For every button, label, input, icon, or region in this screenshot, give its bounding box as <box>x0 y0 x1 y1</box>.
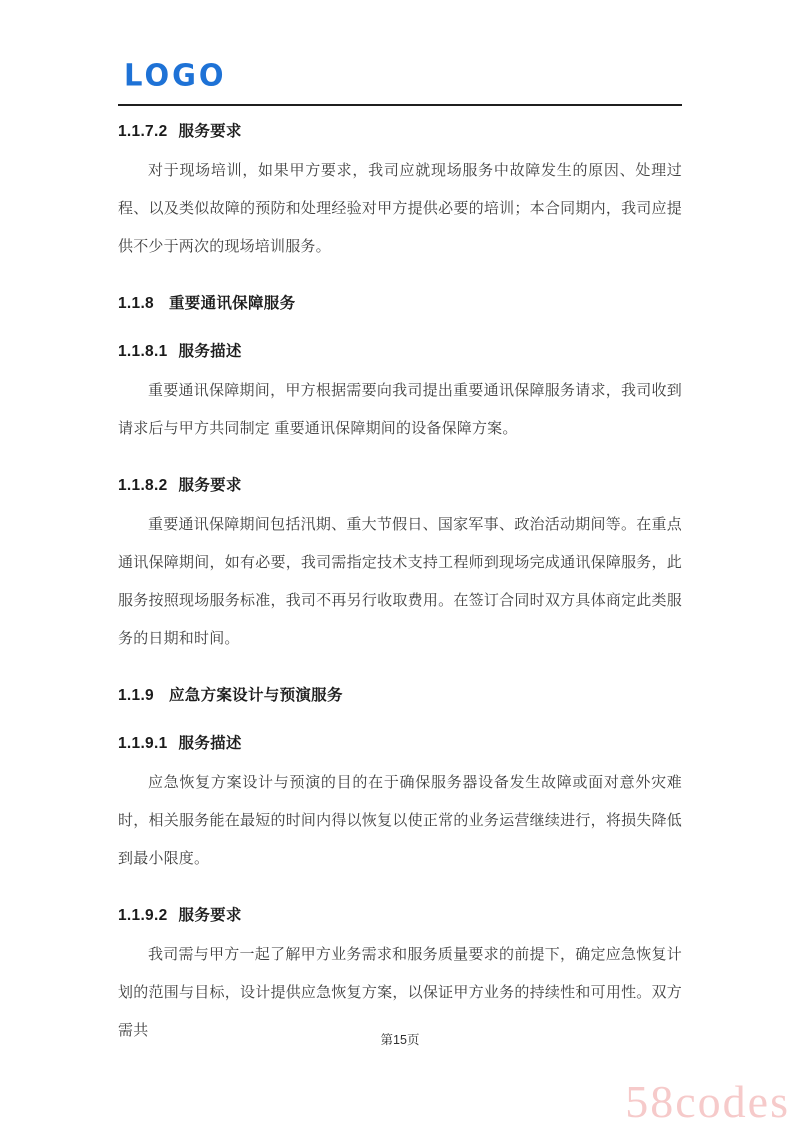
header-divider <box>118 104 682 106</box>
page-footer: 第15页 <box>0 1030 800 1048</box>
section-number: 1.1.9.1 <box>118 735 168 752</box>
watermark: 58codes <box>625 1075 790 1128</box>
document-page: LOGO 1.1.7.2服务要求 对于现场培训，如果甲方要求，我司应就现场服务中… <box>0 0 800 1132</box>
section-title: 服务描述 <box>179 343 242 360</box>
section-title: 服务描述 <box>179 735 242 752</box>
section-heading-1-1-9: 1.1.9应急方案设计与预演服务 <box>118 686 682 706</box>
page-header: LOGO <box>118 58 682 106</box>
section-number: 1.1.8 <box>118 295 154 312</box>
section-heading-1-1-7-2: 1.1.7.2服务要求 <box>118 122 682 142</box>
section-heading-1-1-8: 1.1.8重要通讯保障服务 <box>118 294 682 314</box>
company-logo: LOGO <box>124 57 227 93</box>
section-number: 1.1.8.2 <box>118 477 168 494</box>
section-heading-1-1-8-1: 1.1.8.1服务描述 <box>118 342 682 362</box>
section-number: 1.1.9 <box>118 687 154 704</box>
paragraph-emergency-desc: 应急恢复方案设计与预演的目的在于确保服务器设备发生故障或面对意外灾难时，相关服务… <box>118 764 682 878</box>
content-frame: LOGO 1.1.7.2服务要求 对于现场培训，如果甲方要求，我司应就现场服务中… <box>118 58 682 1050</box>
section-title: 服务要求 <box>179 477 242 494</box>
paragraph-comm-guarantee-desc: 重要通讯保障期间，甲方根据需要向我司提出重要通讯保障服务请求，我司收到请求后与甲… <box>118 372 682 448</box>
section-number: 1.1.9.2 <box>118 907 168 924</box>
document-body: 1.1.7.2服务要求 对于现场培训，如果甲方要求，我司应就现场服务中故障发生的… <box>118 122 682 1050</box>
section-title: 应急方案设计与预演服务 <box>169 687 343 704</box>
page-number: 第15页 <box>381 1033 420 1047</box>
section-heading-1-1-8-2: 1.1.8.2服务要求 <box>118 476 682 496</box>
section-heading-1-1-9-2: 1.1.9.2服务要求 <box>118 906 682 926</box>
section-number: 1.1.7.2 <box>118 123 168 140</box>
section-heading-1-1-9-1: 1.1.9.1服务描述 <box>118 734 682 754</box>
section-number: 1.1.8.1 <box>118 343 168 360</box>
paragraph-onsite-training: 对于现场培训，如果甲方要求，我司应就现场服务中故障发生的原因、处理过程、以及类似… <box>118 152 682 266</box>
section-title: 服务要求 <box>179 123 242 140</box>
paragraph-comm-guarantee-req: 重要通讯保障期间包括汛期、重大节假日、国家军事、政治活动期间等。在重点通讯保障期… <box>118 506 682 658</box>
section-title: 服务要求 <box>179 907 242 924</box>
section-title: 重要通讯保障服务 <box>169 295 295 312</box>
